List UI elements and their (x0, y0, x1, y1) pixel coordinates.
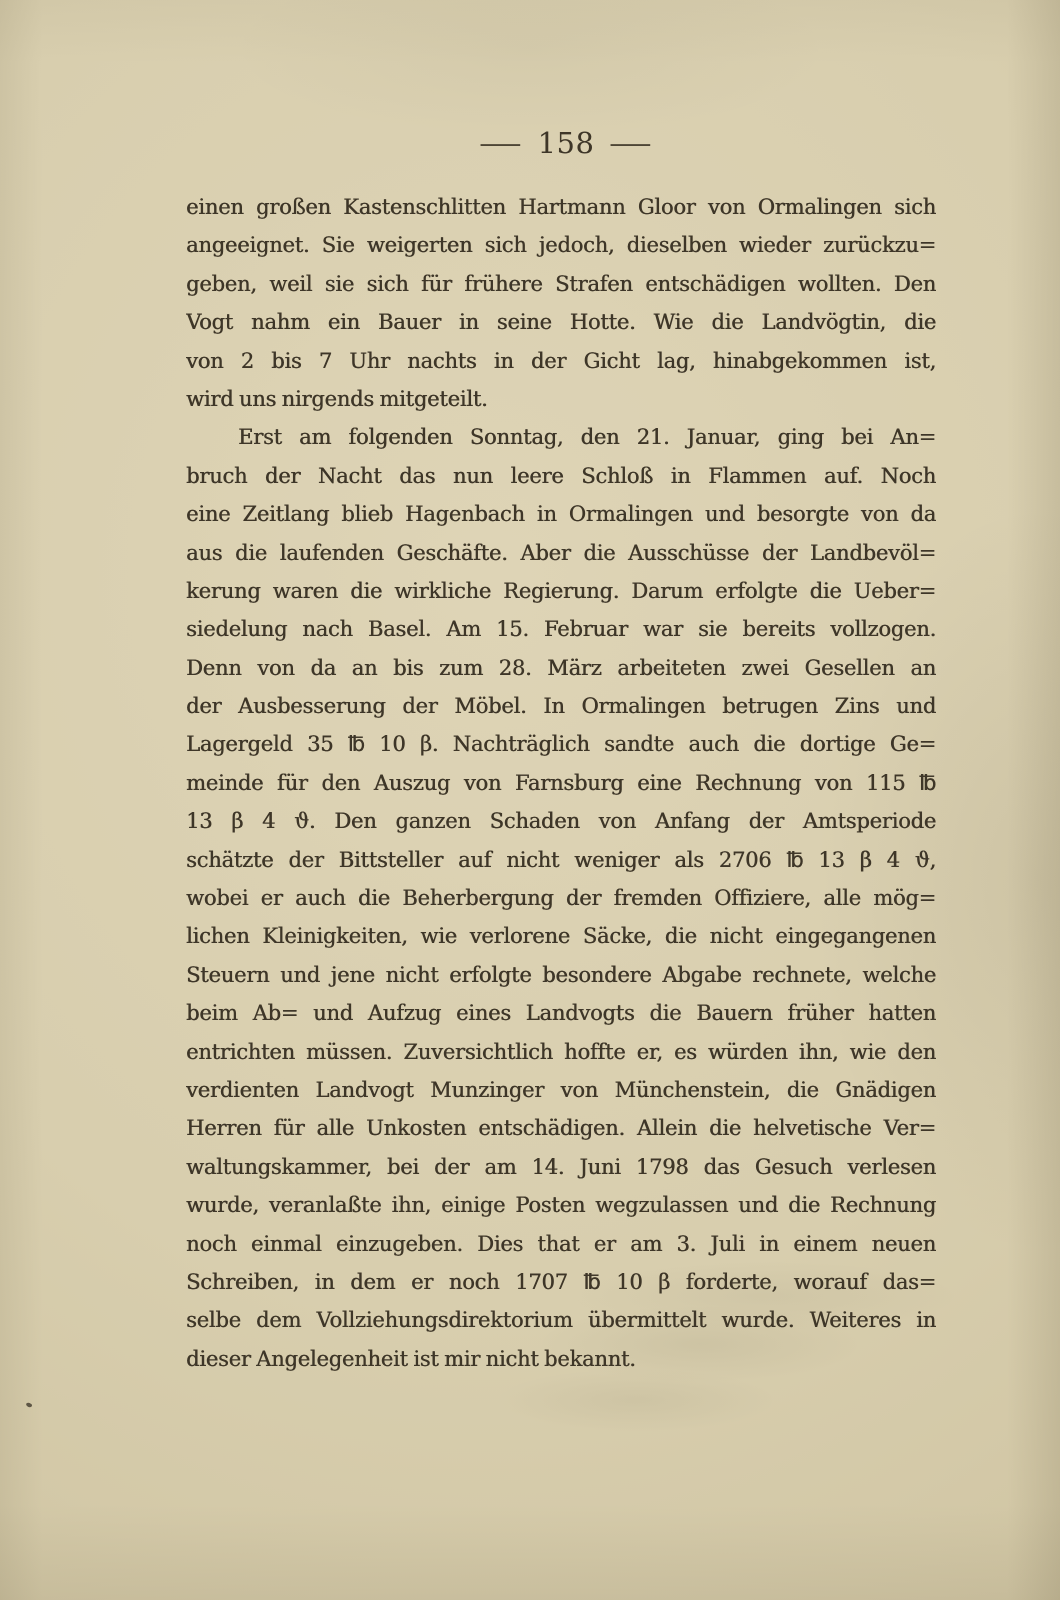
text-line: Lagergeld 35 ℔ 10 β. Nachträglich sandte… (186, 725, 936, 763)
page-number: 158 (538, 126, 595, 160)
text-line: bruch der Nacht das nun leere Schloß in … (186, 457, 936, 495)
text-line: von 2 bis 7 Uhr nachts in der Gicht lag,… (186, 342, 936, 380)
text-line: einen großen Kastenschlitten Hartmann Gl… (186, 188, 936, 226)
text-line: lichen Kleinigkeiten, wie verlorene Säck… (186, 917, 936, 955)
ink-speck (25, 1402, 32, 1408)
page-header: —158— (186, 126, 946, 160)
header-dash-right: — (609, 126, 653, 160)
book-page: —158— einen großen Kastenschlitten Hartm… (0, 0, 1060, 1600)
text-line: Schreiben, in dem er noch 1707 ℔ 10 β fo… (186, 1263, 936, 1301)
text-line: Steuern und jene nicht erfolgte besonder… (186, 956, 936, 994)
header-dash-left: — (479, 126, 523, 160)
text-line: Herren für alle Unkosten entschädigen. A… (186, 1109, 936, 1147)
text-line: meinde für den Auszug von Farnsburg eine… (186, 764, 936, 802)
text-line: noch einmal einzugeben. Dies that er am … (186, 1225, 936, 1263)
text-line: der Ausbesserung der Möbel. In Ormalinge… (186, 687, 936, 725)
text-line: Erst am folgenden Sonntag, den 21. Janua… (186, 418, 936, 456)
text-line: angeeignet. Sie weigerten sich jedoch, d… (186, 226, 936, 264)
text-line: wurde, veranlaßte ihn, einige Posten weg… (186, 1186, 936, 1224)
text-line: beim Ab= und Aufzug eines Landvogts die … (186, 994, 936, 1032)
text-line: verdienten Landvogt Munzinger von Münche… (186, 1071, 936, 1109)
text-line: eine Zeitlang blieb Hagenbach in Ormalin… (186, 495, 936, 533)
body-text: einen großen Kastenschlitten Hartmann Gl… (186, 188, 936, 1378)
text-line: dieser Angelegenheit ist mir nicht bekan… (186, 1340, 936, 1378)
text-line: selbe dem Vollziehungsdirektorium übermi… (186, 1301, 936, 1339)
text-line: 13 β 4 ϑ. Den ganzen Schaden von Anfang … (186, 802, 936, 840)
text-line: wird uns nirgends mitgeteilt. (186, 380, 936, 418)
text-line: aus die laufenden Geschäfte. Aber die Au… (186, 534, 936, 572)
text-line: wobei er auch die Beherbergung der fremd… (186, 879, 936, 917)
text-line: siedelung nach Basel. Am 15. Februar war… (186, 610, 936, 648)
text-line: schätzte der Bittsteller auf nicht wenig… (186, 841, 936, 879)
text-line: waltungskammer, bei der am 14. Juni 1798… (186, 1148, 936, 1186)
text-line: entrichten müssen. Zuversichtlich hoffte… (186, 1033, 936, 1071)
text-line: kerung waren die wirkliche Regierung. Da… (186, 572, 936, 610)
text-line: Denn von da an bis zum 28. März arbeitet… (186, 649, 936, 687)
text-line: Vogt nahm ein Bauer in seine Hotte. Wie … (186, 303, 936, 341)
text-line: geben, weil sie sich für frühere Strafen… (186, 265, 936, 303)
